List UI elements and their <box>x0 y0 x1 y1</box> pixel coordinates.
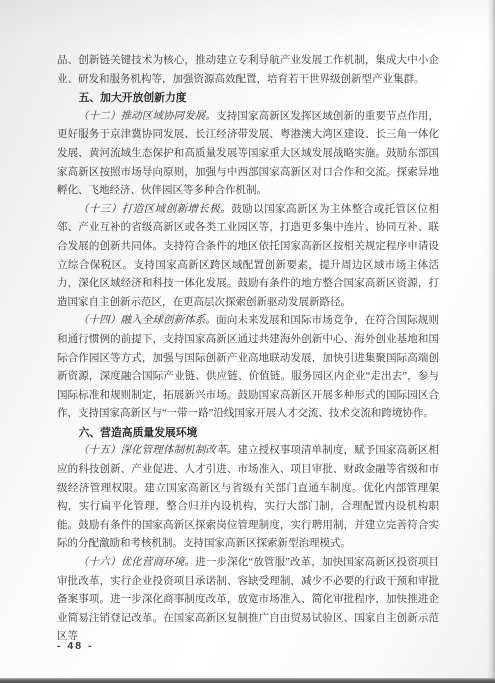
paragraph-lead: （十三）打造区域创新增长极。 <box>78 204 231 215</box>
paragraph-text: 进一步深化“放管服”改革，加快国家高新区投资项目审批改革，实行企业投资项目承诺制… <box>57 557 439 642</box>
scan-shade-top <box>0 0 495 40</box>
paragraph: （十三）打造区域创新增长极。鼓励以国家高新区为主体整合或托管区位相邻、产业互补的… <box>57 201 439 313</box>
page-number: - 48 - <box>57 640 94 652</box>
scan-edge-bottom <box>0 678 495 683</box>
paragraph-text: 品、创新链关键技术为核心，推动建立专利导航产业发展工作机制，集成大中小企业、研发… <box>57 55 439 85</box>
paragraph-text: 面向未来发展和国际市场竞争，在符合国际规则和通行惯例的前提下，支持国家高新区通过… <box>57 315 439 419</box>
page-content: 品、创新链关键技术为核心，推动建立专利导航产业发展工作机制，集成大中小企业、研发… <box>57 52 439 647</box>
paragraph-text: 支持国家高新区发挥区域创新的重要节点作用，更好服务于京津冀协同发展、长江经济带发… <box>57 111 439 196</box>
paragraph: （十四）融入全球创新体系。面向未来发展和国际市场竞争，在符合国际规则和通行惯例的… <box>57 312 439 424</box>
paragraph: （十五）深化管理体制机制改革。建立授权事项清单制度，赋予国家高新区相应的科技创新… <box>57 442 439 554</box>
paragraph-lead: （十五）深化管理体制机制改革。 <box>78 445 237 456</box>
scan-edge-right <box>487 0 495 683</box>
paragraph: （十二）推动区域协同发展。支持国家高新区发挥区域创新的重要节点作用，更好服务于京… <box>57 108 439 201</box>
section-heading: 六、营造高质量发展环境 <box>57 424 439 443</box>
paragraph-lead: （十二）推动区域协同发展。 <box>78 111 216 122</box>
paragraph-lead: （十六）优化营商环境。 <box>78 557 195 568</box>
paragraph-text: 建立授权事项清单制度，赋予国家高新区相应的科技创新、产业促进、人才引进、市场准入… <box>57 445 439 549</box>
section-heading: 五、加大开放创新力度 <box>57 89 439 108</box>
paragraph-lead: （十四）融入全球创新体系。 <box>78 315 216 326</box>
paragraph-text: 鼓励以国家高新区为主体整合或托管区位相邻、产业互补的省级高新区或各类工业园区等，… <box>57 204 439 308</box>
paragraph: （十六）优化营商环境。进一步深化“放管服”改革，加快国家高新区投资项目审批改革，… <box>57 554 439 647</box>
scanned-document-page: 品、创新链关键技术为核心，推动建立专利导航产业发展工作机制，集成大中小企业、研发… <box>0 0 495 683</box>
paragraph: 品、创新链关键技术为核心，推动建立专利导航产业发展工作机制，集成大中小企业、研发… <box>57 52 439 89</box>
